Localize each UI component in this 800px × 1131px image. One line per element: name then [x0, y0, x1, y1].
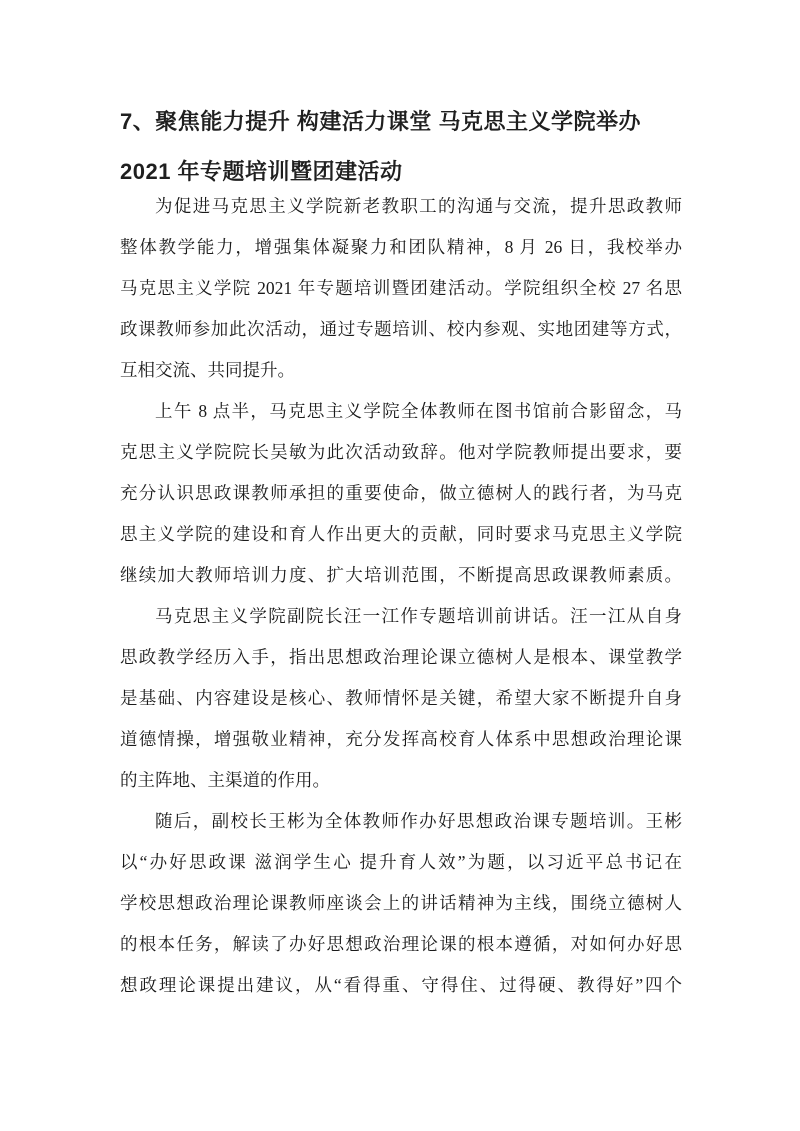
text-line: 继续加大教师培训力度、扩大培训范围，不断提高思政课教师素质。	[120, 555, 682, 596]
text-line: 上午 8 点半，马克思主义学院全体教师在图书馆前合影留念，马	[120, 391, 682, 432]
text-line: 思政教学经历入手，指出思想政治理论课立德树人是根本、课堂教学	[120, 637, 682, 678]
paragraph: 随后，副校长王彬为全体教师作办好思想政治课专题培训。王彬以“办好思政课 滋润学生…	[120, 801, 682, 1006]
text-line: 的根本任务，解读了办好思想政治理论课的根本遵循，对如何办好思	[120, 924, 682, 965]
document-body: 为促进马克思主义学院新老教职工的沟通与交流，提升思政教师整体教学能力，增强集体凝…	[120, 186, 682, 1006]
paragraph: 马克思主义学院副院长汪一江作专题培训前讲话。汪一江从自身思政教学经历入手，指出思…	[120, 596, 682, 801]
text-line: 马克思主义学院 2021 年专题培训暨团建活动。学院组织全校 27 名思	[120, 268, 682, 309]
text-line: 马克思主义学院副院长汪一江作专题培训前讲话。汪一江从自身	[120, 596, 682, 637]
document-title-line1: 7、聚焦能力提升 构建活力课堂 马克思主义学院举办	[120, 97, 682, 147]
text-line: 思主义学院的建设和育人作出更大的贡献，同时要求马克思主义学院	[120, 514, 682, 555]
text-line: 充分认识思政课教师承担的重要使命，做立德树人的践行者，为马克	[120, 473, 682, 514]
text-line: 道德情操，增强敬业精神，充分发挥高校育人体系中思想政治理论课	[120, 719, 682, 760]
text-line: 为促进马克思主义学院新老教职工的沟通与交流，提升思政教师	[120, 186, 682, 227]
text-line: 随后，副校长王彬为全体教师作办好思想政治课专题培训。王彬	[120, 801, 682, 842]
text-line: 想政理论课提出建议，从“看得重、守得住、过得硬、教得好”四个	[120, 965, 682, 1006]
paragraph: 为促进马克思主义学院新老教职工的沟通与交流，提升思政教师整体教学能力，增强集体凝…	[120, 186, 682, 391]
paragraph: 上午 8 点半，马克思主义学院全体教师在图书馆前合影留念，马克思主义学院院长吴敏…	[120, 391, 682, 596]
document-page: 7、聚焦能力提升 构建活力课堂 马克思主义学院举办 2021 年专题培训暨团建活…	[0, 0, 800, 1131]
text-line: 的主阵地、主渠道的作用。	[120, 760, 682, 801]
text-line: 整体教学能力，增强集体凝聚力和团队精神，8 月 26 日，我校举办	[120, 227, 682, 268]
text-line: 是基础、内容建设是核心、教师情怀是关键，希望大家不断提升自身	[120, 678, 682, 719]
document-title: 7、聚焦能力提升 构建活力课堂 马克思主义学院举办 2021 年专题培训暨团建活…	[120, 97, 682, 197]
document-content: 7、聚焦能力提升 构建活力课堂 马克思主义学院举办 2021 年专题培训暨团建活…	[120, 0, 682, 1006]
text-line: 互相交流、共同提升。	[120, 350, 682, 391]
text-line: 以“办好思政课 滋润学生心 提升育人效”为题，以习近平总书记在	[120, 842, 682, 883]
text-line: 政课教师参加此次活动，通过专题培训、校内参观、实地团建等方式，	[120, 309, 682, 350]
text-line: 克思主义学院院长吴敏为此次活动致辞。他对学院教师提出要求，要	[120, 432, 682, 473]
text-line: 学校思想政治理论课教师座谈会上的讲话精神为主线，围绕立德树人	[120, 883, 682, 924]
